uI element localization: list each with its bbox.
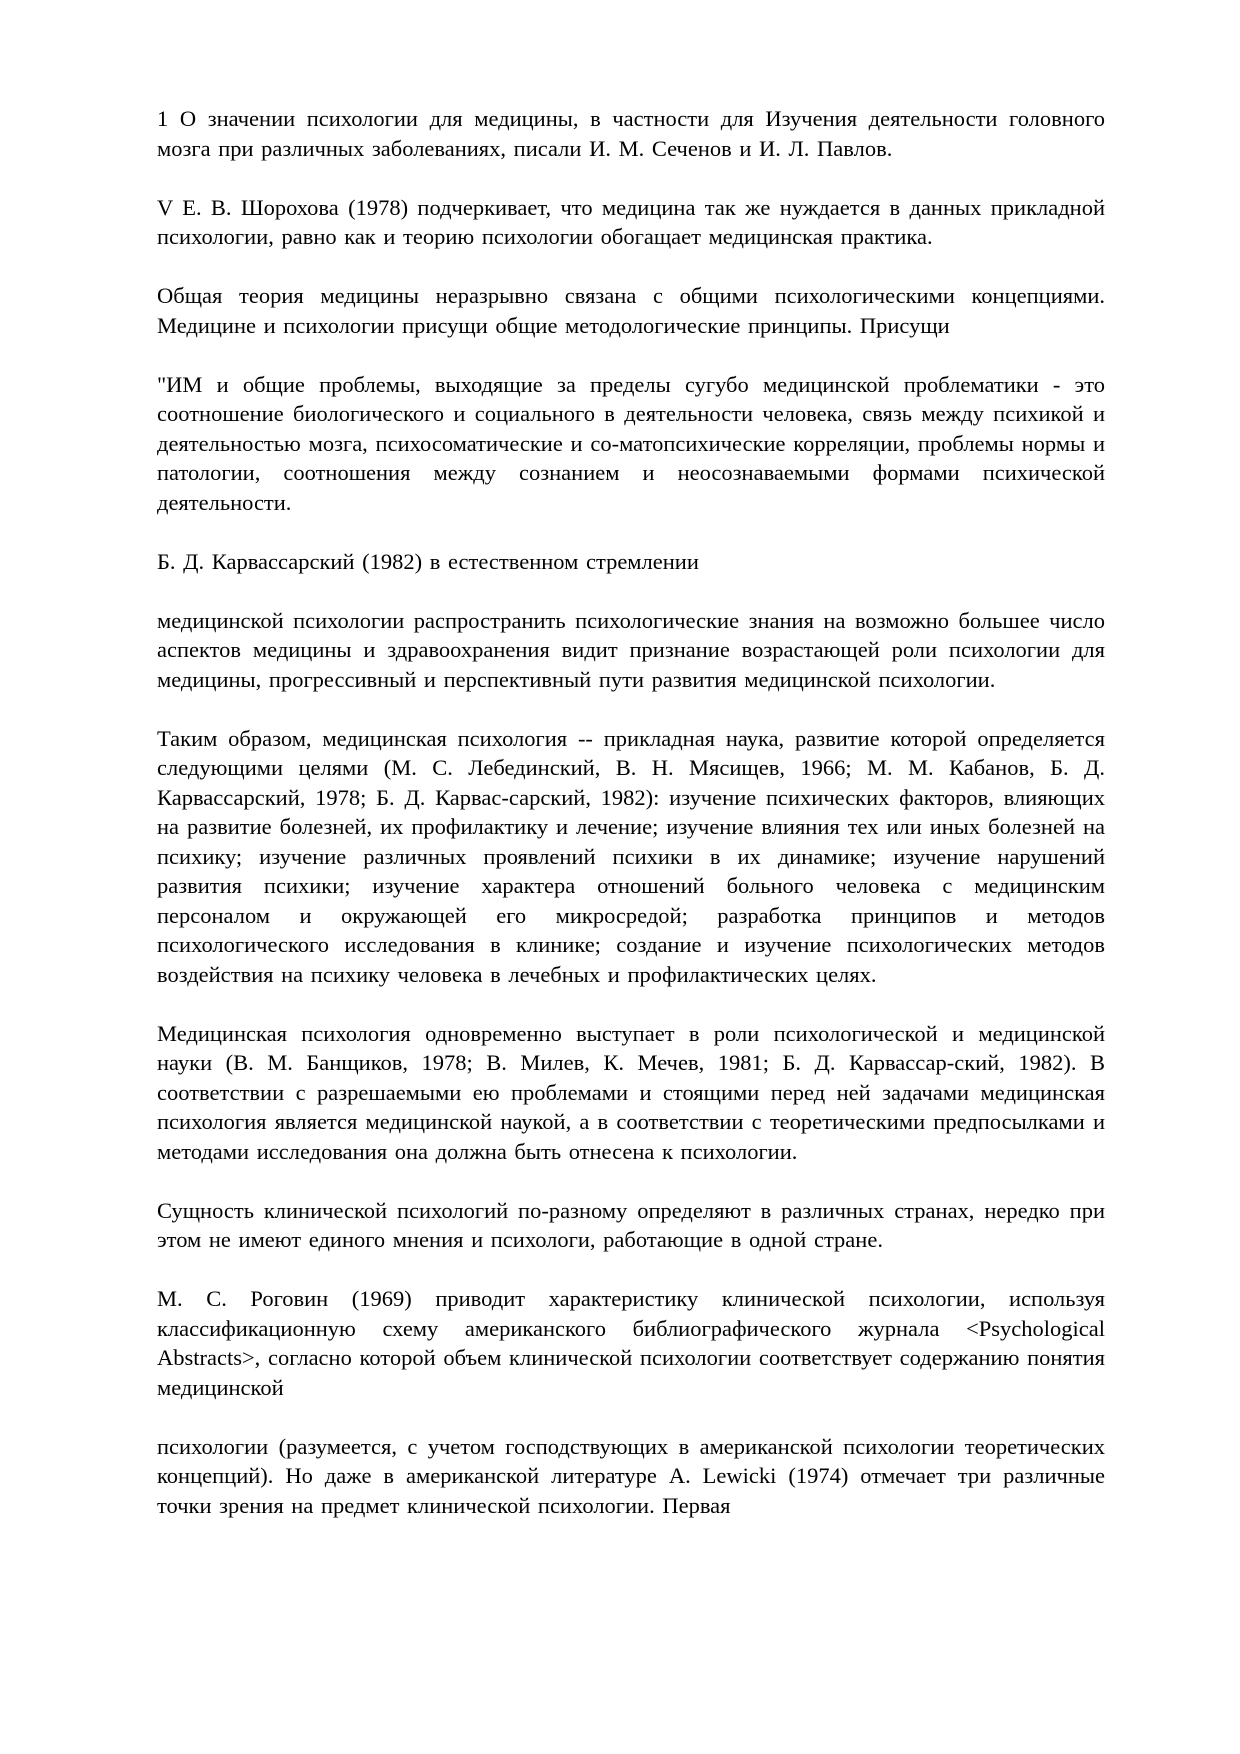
- paragraph-2: V Е. В. Шорохова (1978) подчеркивает, чт…: [157, 193, 1105, 252]
- paragraph-4: "ИМ и общие проблемы, выходящие за преде…: [157, 370, 1105, 518]
- document-page: 1 О значении психологии для медицины, в …: [0, 0, 1240, 1754]
- paragraph-9: Сущность клинической психологий по-разно…: [157, 1196, 1105, 1255]
- paragraph-5: Б. Д. Карвассарский (1982) в естественно…: [157, 547, 1105, 577]
- paragraph-6: медицинской психологии распространить пс…: [157, 606, 1105, 695]
- paragraph-11: психологии (разумеется, с учетом господс…: [157, 1432, 1105, 1521]
- paragraph-1: 1 О значении психологии для медицины, в …: [157, 104, 1105, 163]
- paragraph-10: М. С. Роговин (1969) приводит характерис…: [157, 1284, 1105, 1402]
- paragraph-8: Медицинская психология одновременно выст…: [157, 1019, 1105, 1167]
- paragraph-7: Таким образом, медицинская психология --…: [157, 724, 1105, 990]
- paragraph-3: Общая теория медицины неразрывно связана…: [157, 281, 1105, 340]
